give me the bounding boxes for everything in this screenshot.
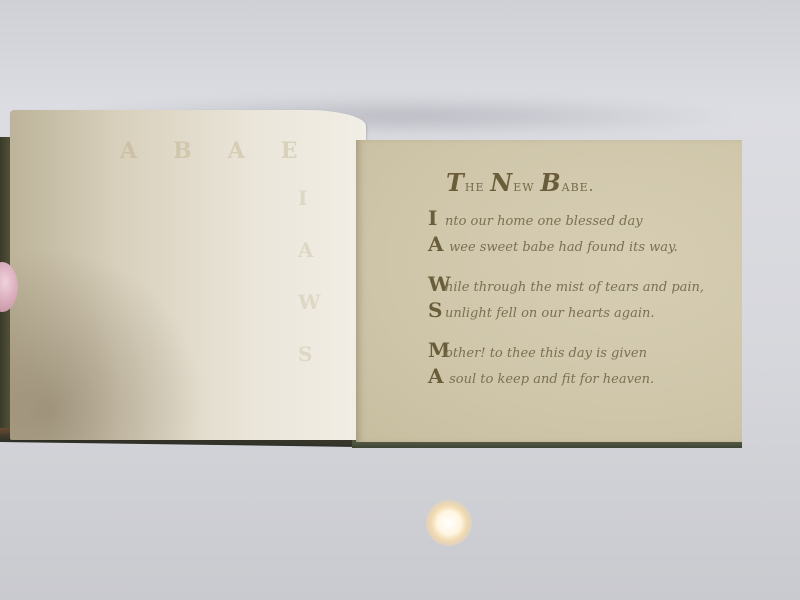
line-text: other! to thee this day is given: [445, 346, 647, 361]
illuminated-capital: I: [428, 207, 442, 229]
show-through-glyph: A: [298, 238, 320, 262]
line-text: nto our home one blessed day: [445, 214, 643, 229]
left-page-show-through-row: A B A E: [120, 138, 298, 164]
show-through-glyph: A: [120, 138, 137, 164]
line-text: soul to keep and fit for heaven.: [445, 372, 654, 387]
show-through-glyph: B: [173, 138, 192, 164]
stanza-3: Mother! to thee this day is given A soul…: [428, 339, 728, 391]
show-through-glyph: W: [298, 290, 320, 314]
illuminated-capital: S: [428, 299, 442, 321]
stanza-2: While through the mist of tears and pain…: [428, 273, 728, 325]
show-through-glyph: S: [298, 342, 320, 366]
line-text: wee sweet babe had found its way.: [445, 240, 678, 255]
title-word-rest: abe.: [562, 177, 595, 195]
poem: The New Babe. Into our home one blessed …: [428, 168, 728, 405]
line-text: hile through the mist of tears and pain,: [445, 280, 704, 295]
line-text: unlight fell on our hearts again.: [445, 306, 655, 321]
title-word-rest: he: [465, 177, 485, 195]
illuminated-capital: A: [428, 365, 442, 387]
poem-line: Sunlight fell on our hearts again.: [428, 299, 728, 325]
poem-line: A wee sweet babe had found its way.: [428, 233, 728, 259]
title-initial: T: [446, 168, 465, 197]
poem-line: A soul to keep and fit for heaven.: [428, 365, 728, 391]
show-through-glyph: A: [228, 138, 245, 164]
stanza-1: Into our home one blessed day A wee swee…: [428, 207, 728, 259]
illuminated-capital: M: [428, 339, 442, 361]
poem-line: Into our home one blessed day: [428, 207, 728, 233]
illuminated-capital: W: [428, 273, 442, 295]
left-page-show-through-column: I A W S: [298, 186, 320, 366]
show-through-glyph: E: [281, 138, 298, 164]
photo-scene: A B A E I A W S The New Babe. Into our h…: [0, 0, 800, 600]
poem-title: The New Babe.: [446, 168, 728, 197]
title-initial: N: [490, 168, 513, 197]
lens-flare: [426, 500, 472, 546]
title-word-rest: ew: [513, 177, 534, 195]
illuminated-capital: A: [428, 233, 442, 255]
title-initial: B: [540, 168, 561, 197]
poem-line: Mother! to thee this day is given: [428, 339, 728, 365]
show-through-glyph: I: [298, 186, 320, 210]
poem-line: While through the mist of tears and pain…: [428, 273, 728, 299]
